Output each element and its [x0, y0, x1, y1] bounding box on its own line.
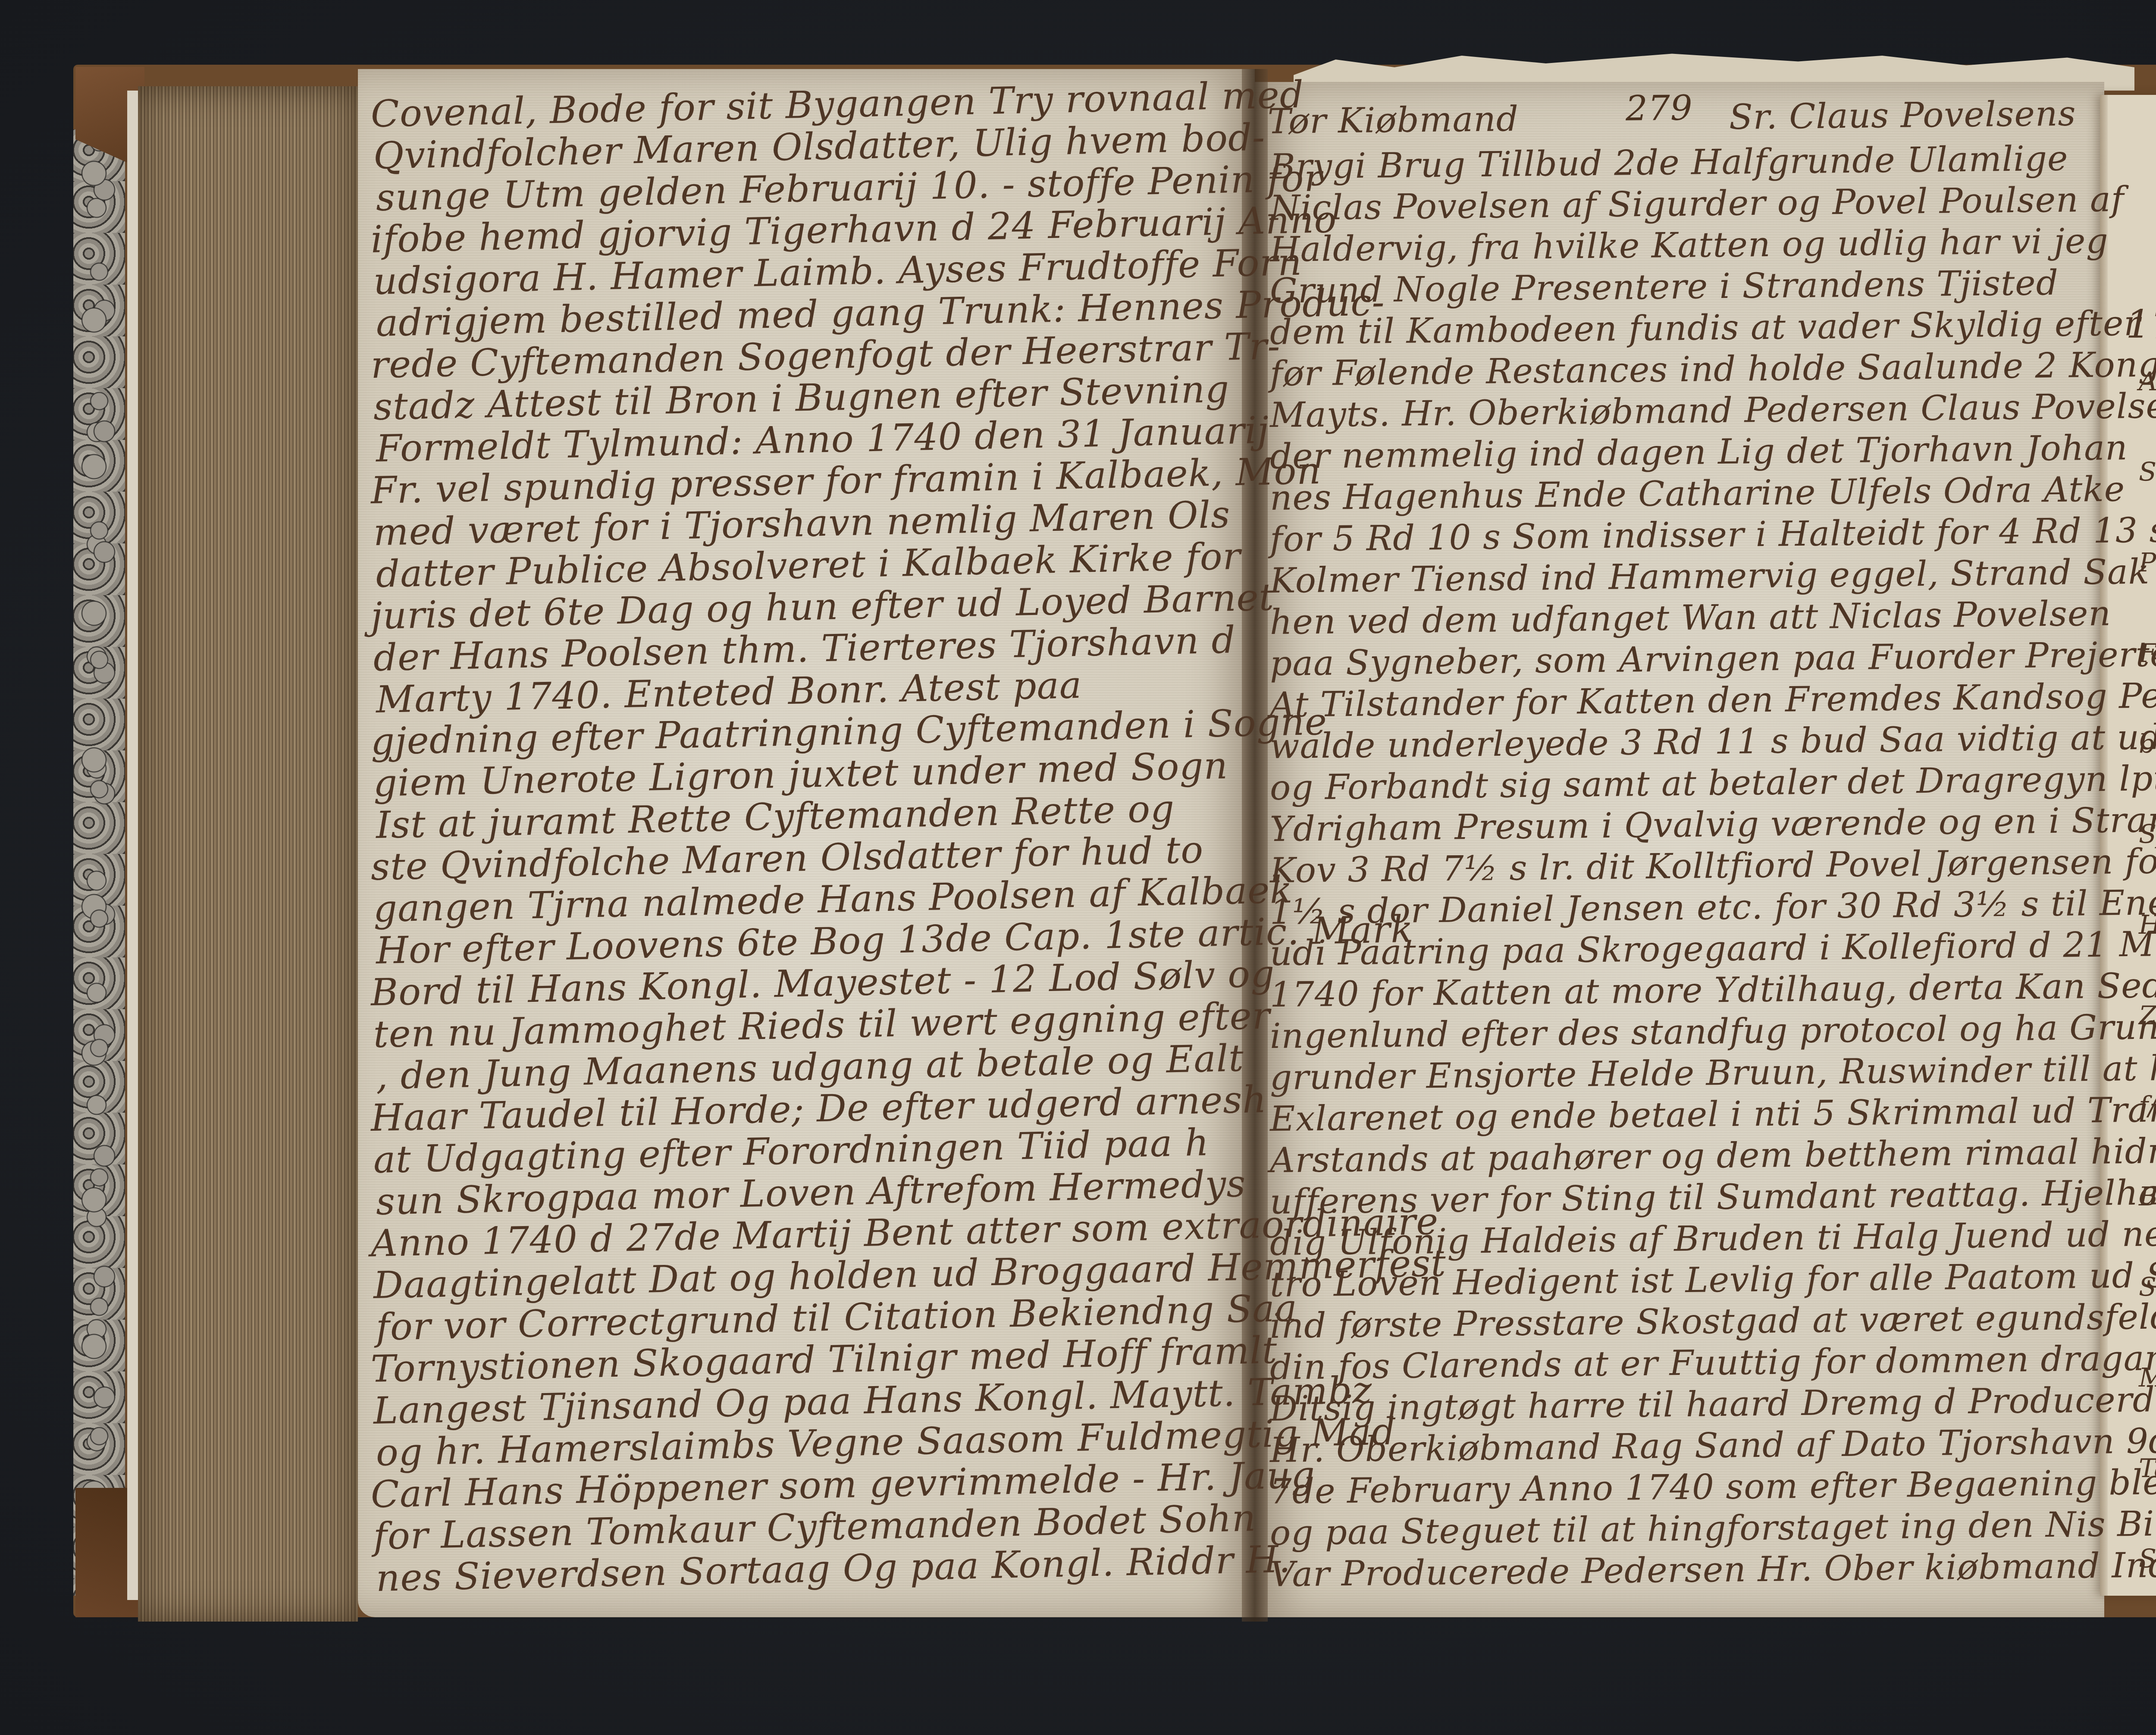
page-block-edge	[138, 86, 358, 1622]
header-name: Sr. Claus Povelsens	[1729, 94, 2076, 137]
insert-line: bunig	[2139, 729, 2156, 759]
insert-line: Bes	[2139, 1182, 2156, 1212]
page-number: 279	[1626, 88, 1693, 129]
right-page-header: Tør Kiøbmand	[1268, 99, 1519, 141]
insert-line: Sig	[2139, 1544, 2156, 1574]
insert-line: Sen,	[2139, 457, 2156, 487]
insert-line: Mat	[2139, 1363, 2156, 1393]
marbled-board	[73, 129, 125, 1596]
insert-line: Sfr.	[2139, 819, 2156, 850]
manuscript-line: Grund Nogle Presentere i Strandens Tjist…	[1270, 263, 2059, 311]
insert-number: 170	[2126, 302, 2156, 347]
manuscript-line: Brygi Brug Tillbud 2de Halfgrunde Ulamli…	[1270, 138, 2068, 187]
insert-line: Tam	[2139, 1453, 2156, 1484]
insert-line: Ann.	[2139, 367, 2156, 397]
insert-line: Pen	[2139, 548, 2156, 578]
insert-line: f/s:	[2139, 1091, 2156, 1121]
insert-line: Z: Lig	[2139, 1001, 2156, 1031]
insert-line: Sohn	[2139, 1272, 2156, 1302]
insert-line: Fr.	[2139, 638, 2156, 668]
insert-line: Haa	[2139, 910, 2156, 940]
